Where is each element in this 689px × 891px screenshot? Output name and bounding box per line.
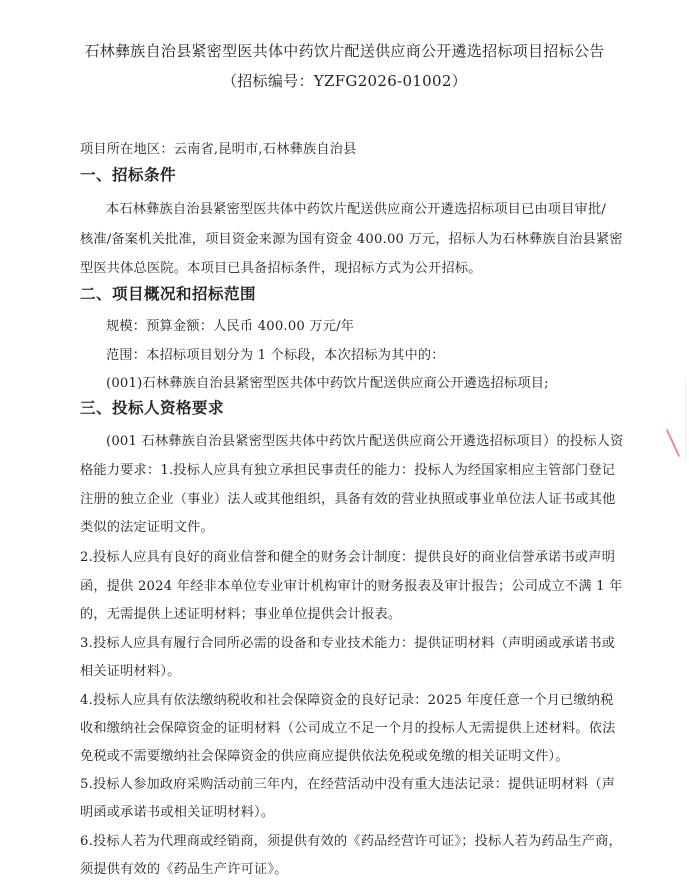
bid-number: （招标编号：YZFG2026-01002） xyxy=(0,70,689,91)
scan-edge-shadow xyxy=(685,380,686,460)
announcement-title: 石林彝族自治县紧密型医共体中药饮片配送供应商公开遴选招标项目招标公告 xyxy=(0,40,689,61)
paragraph-line: (001 石林彝族自治县紧密型医共体中药饮片配送供应商公开遴选招标项目）的投标人… xyxy=(106,430,623,449)
paragraph-line: 型医共体总医院。本项目已具备招标条件，现招标方式为公开招标。 xyxy=(80,257,482,276)
requirement-4-line: 收和缴纳社会保障资金的证明材料（公司成立不足一个月的投标人无需提供上述材料。依法 xyxy=(80,717,616,736)
requirement-6-line: 须提供有效的《药品生产许可证》。 xyxy=(80,858,288,877)
paragraph-line: 本石林彝族自治县紧密型医共体中药饮片配送供应商公开遴选招标项目已由项目审批/ xyxy=(106,198,606,217)
requirement-5-line: 5.投标人参加政府采购活动前三年内，在经营活动中没有重大违法记录：提供证明材料（… xyxy=(80,773,615,792)
section-heading-bidding-conditions: 一、招标条件 xyxy=(80,163,176,185)
scope-line: 范围：本招标项目划分为 1 个标段，本次招标为其中的： xyxy=(106,344,445,363)
requirement-3-line: 相关证明材料）。 xyxy=(80,660,181,679)
document-page: 石林彝族自治县紧密型医共体中药饮片配送供应商公开遴选招标项目招标公告 （招标编号… xyxy=(0,0,689,891)
section-heading-bidder-qualifications: 三、投标人资格要求 xyxy=(80,396,224,418)
lot-line: (001)石林彝族自治县紧密型医共体中药饮片配送供应商公开遴选招标项目; xyxy=(106,372,549,391)
paragraph-line: 核准/备案机关批准，项目资金来源为国有资金 400.00 万元，招标人为石林彝族… xyxy=(80,228,623,247)
requirement-3-line: 3.投标人应具有履行合同所必需的设备和专业技术能力：提供证明材料（声明函或承诺书… xyxy=(80,632,615,651)
requirement-5-line: 明函或承诺书或相关证明材料）。 xyxy=(80,801,274,820)
section-heading-project-overview: 二、项目概况和招标范围 xyxy=(80,282,256,304)
requirement-1-line: 注册的独立企业（事业）法人或其他组织，具备有效的营业执照或事业单位法人证书或其他 xyxy=(80,488,616,507)
requirement-4-line: 4.投标人应具有依法缴纳税收和社会保障资金的良好记录：2025 年度任意一个月已… xyxy=(80,689,614,708)
project-region: 项目所在地区：云南省,昆明市,石林彝族自治县 xyxy=(80,138,357,157)
requirement-4-line: 免税或不需要缴纳社会保障资金的供应商应提供依法免税或免缴的相关证明文件）。 xyxy=(80,745,569,764)
requirement-2-line: 函，提供 2024 年经非本单位专业审计机构审计的财务报表及审计报告；公司成立不… xyxy=(80,575,622,594)
requirement-1-line: 类似的法定证明文件。 xyxy=(80,516,214,535)
red-pen-mark xyxy=(666,429,680,457)
requirement-6-line: 6.投标人若为代理商或经销商，须提供有效的《药品经营许可证》；投标人若为药品生产… xyxy=(80,830,622,849)
requirement-2-line: 的，无需提供上述证明材料；事业单位提供会计报表。 xyxy=(80,603,401,622)
requirement-2-line: 2.投标人应具有良好的商业信誉和健全的财务会计制度：提供良好的商业信誉承诺书或声… xyxy=(80,546,615,565)
scale-line: 规模：预算金额：人民币 400.00 万元/年 xyxy=(106,315,354,334)
requirement-1-line: 格能力要求：1.投标人应具有独立承担民事责任的能力：投标人为经国家相应主管部门登… xyxy=(80,459,615,478)
